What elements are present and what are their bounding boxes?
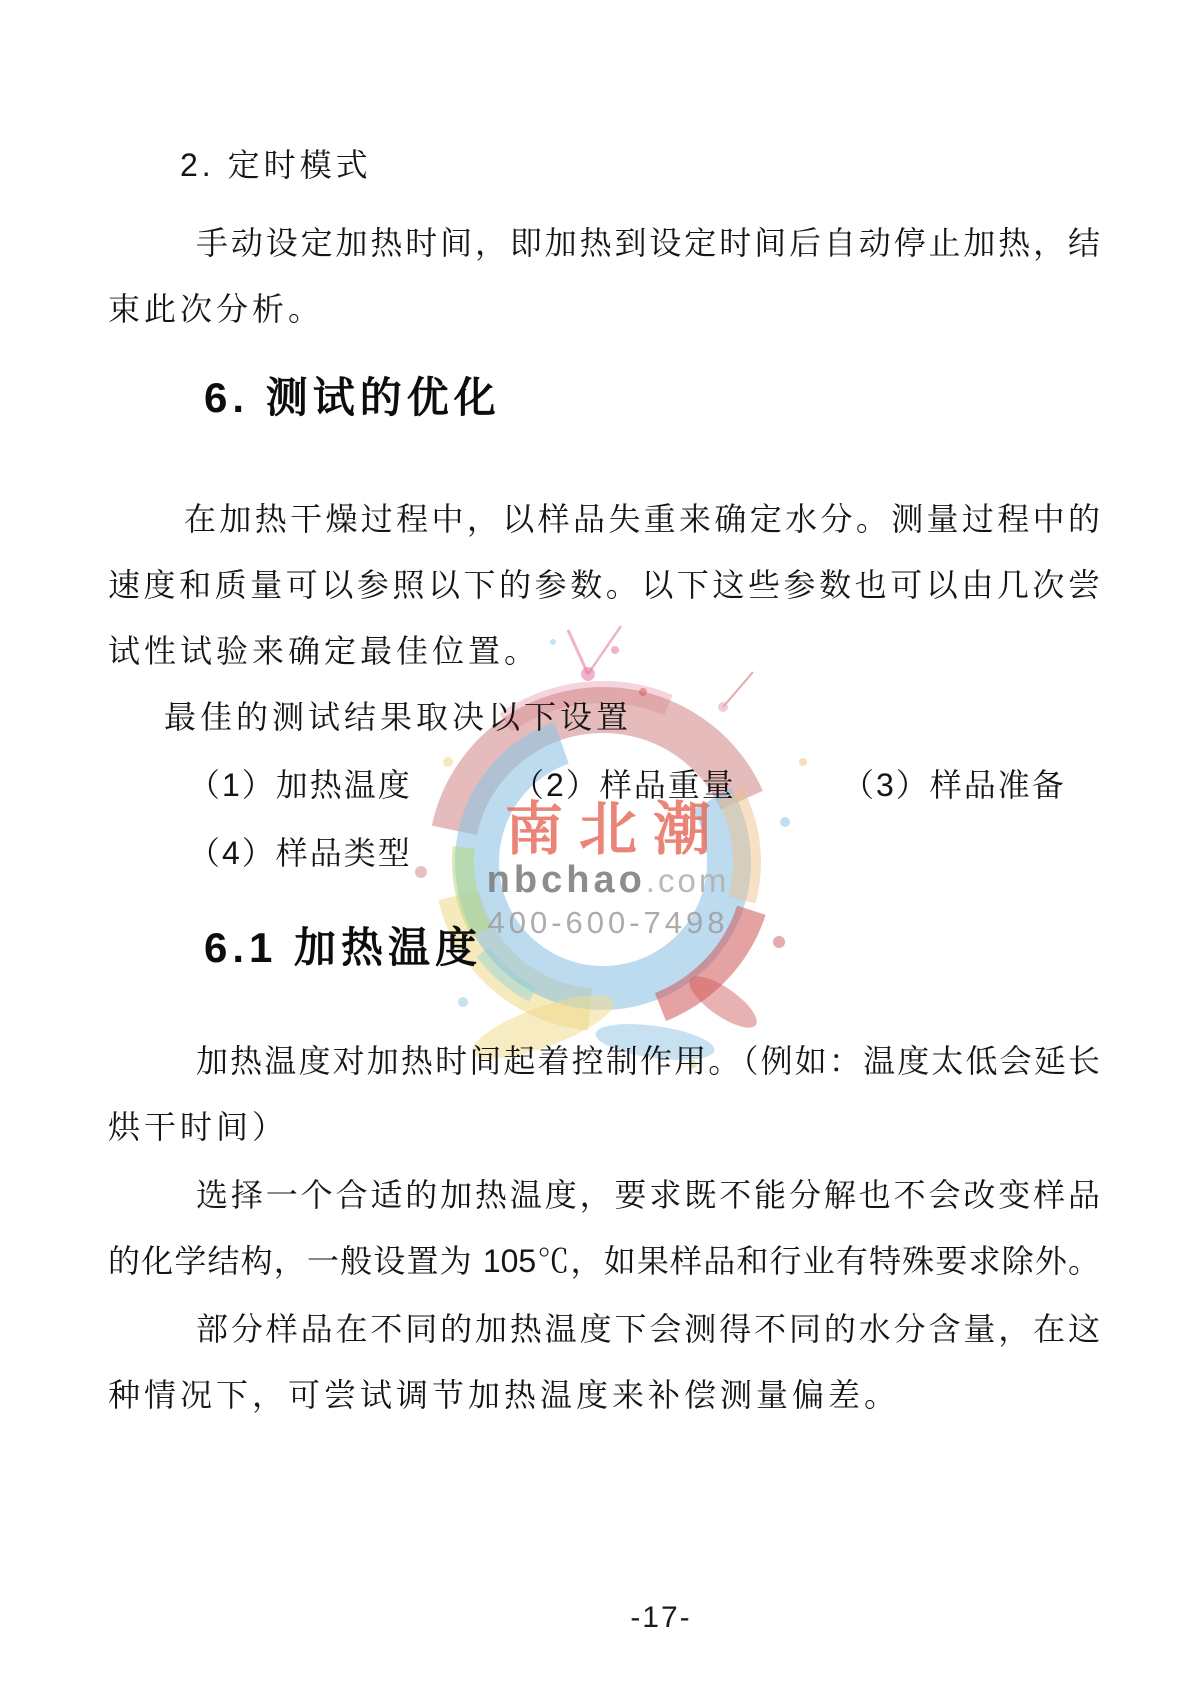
- heating-temp-paragraph-2: 选择一个合适的加热温度，要求既不能分解也不会改变样品 的化学结构，一般设置为 1…: [108, 1162, 1100, 1294]
- paragraph-line: 部分样品在不同的加热温度下会测得不同的水分含量，在这: [108, 1296, 1100, 1362]
- settings-item-1: （1）加热温度: [188, 752, 412, 818]
- paragraph-line: 在加热干燥过程中，以样品失重来确定水分。测量过程中的: [108, 486, 1100, 552]
- timer-mode-item-title: 2. 定时模式: [180, 132, 372, 198]
- settings-item-4: （4）样品类型: [188, 820, 412, 886]
- page-number: -17-: [630, 1596, 691, 1640]
- timer-mode-paragraph: 手动设定加热时间，即加热到设定时间后自动停止加热，结 束此次分析。: [108, 210, 1100, 342]
- document-content: 2. 定时模式 手动设定加热时间，即加热到设定时间后自动停止加热，结 束此次分析…: [0, 0, 1200, 1697]
- settings-item-2: （2）样品重量: [512, 752, 736, 818]
- heating-temp-paragraph-3: 部分样品在不同的加热温度下会测得不同的水分含量，在这 种情况下，可尝试调节加热温…: [108, 1296, 1100, 1428]
- paragraph-line: 的化学结构，一般设置为 105℃，如果样品和行业有特殊要求除外。: [108, 1228, 1100, 1294]
- paragraph-line: 试性试验来确定最佳位置。: [108, 618, 1100, 684]
- paragraph-line: 种情况下，可尝试调节加热温度来补偿测量偏差。: [108, 1362, 1100, 1428]
- section-6-1-heading: 6.1 加热温度: [204, 916, 482, 980]
- paragraph-line: 选择一个合适的加热温度，要求既不能分解也不会改变样品: [108, 1162, 1100, 1228]
- document-page: 南北潮 nbchao.com 400-600-7498 2. 定时模式 手动设定…: [0, 0, 1200, 1697]
- timer-mode-title-line: 2. 定时模式: [180, 132, 372, 198]
- settings-list-row-1: （1）加热温度 （2）样品重量 （3）样品准备: [0, 752, 1200, 818]
- settings-list-row-2: （4）样品类型: [0, 820, 1200, 886]
- paragraph-line: 加热温度对加热时间起着控制作用。（例如：温度太低会延长: [108, 1028, 1100, 1094]
- settings-lead-line: 最佳的测试结果取决以下设置: [108, 684, 632, 750]
- heating-temp-paragraph-1: 加热温度对加热时间起着控制作用。（例如：温度太低会延长 烘干时间）: [108, 1028, 1100, 1160]
- section-6-intro-paragraph: 在加热干燥过程中，以样品失重来确定水分。测量过程中的 速度和质量可以参照以下的参…: [108, 486, 1100, 684]
- paragraph-line: 最佳的测试结果取决以下设置: [108, 684, 632, 750]
- paragraph-line: 手动设定加热时间，即加热到设定时间后自动停止加热，结: [108, 210, 1100, 276]
- settings-item-3: （3）样品准备: [842, 752, 1066, 818]
- paragraph-line: 束此次分析。: [108, 276, 1100, 342]
- paragraph-line: 速度和质量可以参照以下的参数。以下这些参数也可以由几次尝: [108, 552, 1100, 618]
- section-6-heading: 6. 测试的优化: [204, 366, 501, 430]
- paragraph-line: 烘干时间）: [108, 1094, 1100, 1160]
